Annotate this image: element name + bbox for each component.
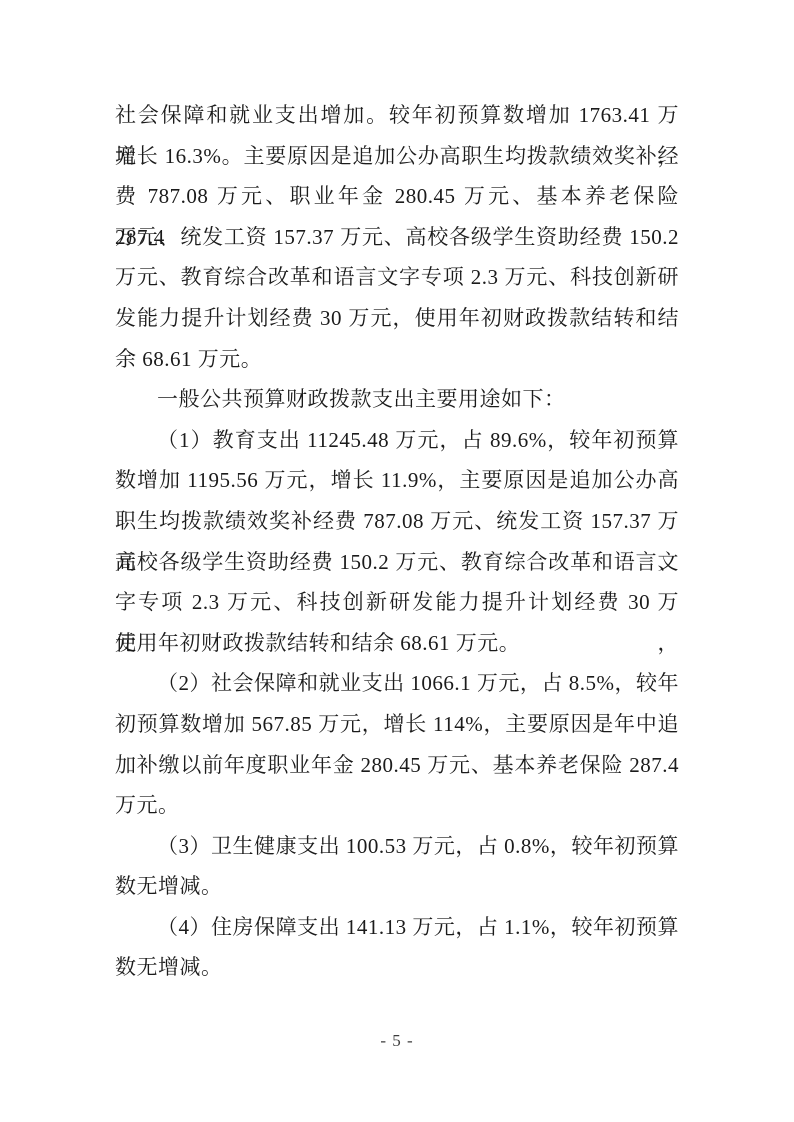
text-line: 万元、统发工资 157.37 万元、高校各级学生资助经费 150.2: [115, 217, 679, 258]
text-line: （3）卫生健康支出 100.53 万元，占 0.8%，较年初预算: [115, 826, 679, 867]
text-line: 增长 16.3%。主要原因是追加公办高职生均拨款绩效奖补经: [115, 136, 679, 177]
text-line: 费 787.08 万元、职业年金 280.45 万元、基本养老保险 287.4: [115, 176, 679, 217]
text-line: 数增加 1195.56 万元，增长 11.9%，主要原因是追加公办高: [115, 460, 679, 501]
text-line: 字专项 2.3 万元、科技创新研发能力提升计划经费 30 万元，: [115, 582, 679, 623]
text-line: 发能力提升计划经费 30 万元，使用年初财政拨款结转和结: [115, 298, 679, 339]
text-line: 万元、教育综合改革和语言文字专项 2.3 万元、科技创新研: [115, 257, 679, 298]
document-page: 社会保障和就业支出增加。较年初预算数增加 1763.41 万元，增长 16.3%…: [0, 0, 794, 1122]
text-line: 万元。: [115, 785, 679, 826]
text-line: 一般公共预算财政拨款支出主要用途如下：: [115, 379, 679, 420]
text-line: 余 68.61 万元。: [115, 339, 679, 380]
text-line: 职生均拨款绩效奖补经费 787.08 万元、统发工资 157.37 万元、: [115, 501, 679, 542]
text-line: 社会保障和就业支出增加。较年初预算数增加 1763.41 万元，: [115, 95, 679, 136]
text-line: 加补缴以前年度职业年金 280.45 万元、基本养老保险 287.4: [115, 745, 679, 786]
body-text: 社会保障和就业支出增加。较年初预算数增加 1763.41 万元，增长 16.3%…: [115, 95, 679, 988]
page-number: - 5 -: [380, 1031, 413, 1050]
page-footer: - 5 -: [0, 1030, 794, 1052]
text-line: 初预算数增加 567.85 万元，增长 114%，主要原因是年中追: [115, 704, 679, 745]
text-line: （2）社会保障和就业支出 1066.1 万元，占 8.5%，较年: [115, 663, 679, 704]
text-line: （4）住房保障支出 141.13 万元，占 1.1%，较年初预算: [115, 907, 679, 948]
text-line: 高校各级学生资助经费 150.2 万元、教育综合改革和语言文: [115, 542, 679, 583]
text-line: （1）教育支出 11245.48 万元，占 89.6%，较年初预算: [115, 420, 679, 461]
text-line: 数无增减。: [115, 866, 679, 907]
text-line: 数无增减。: [115, 947, 679, 988]
